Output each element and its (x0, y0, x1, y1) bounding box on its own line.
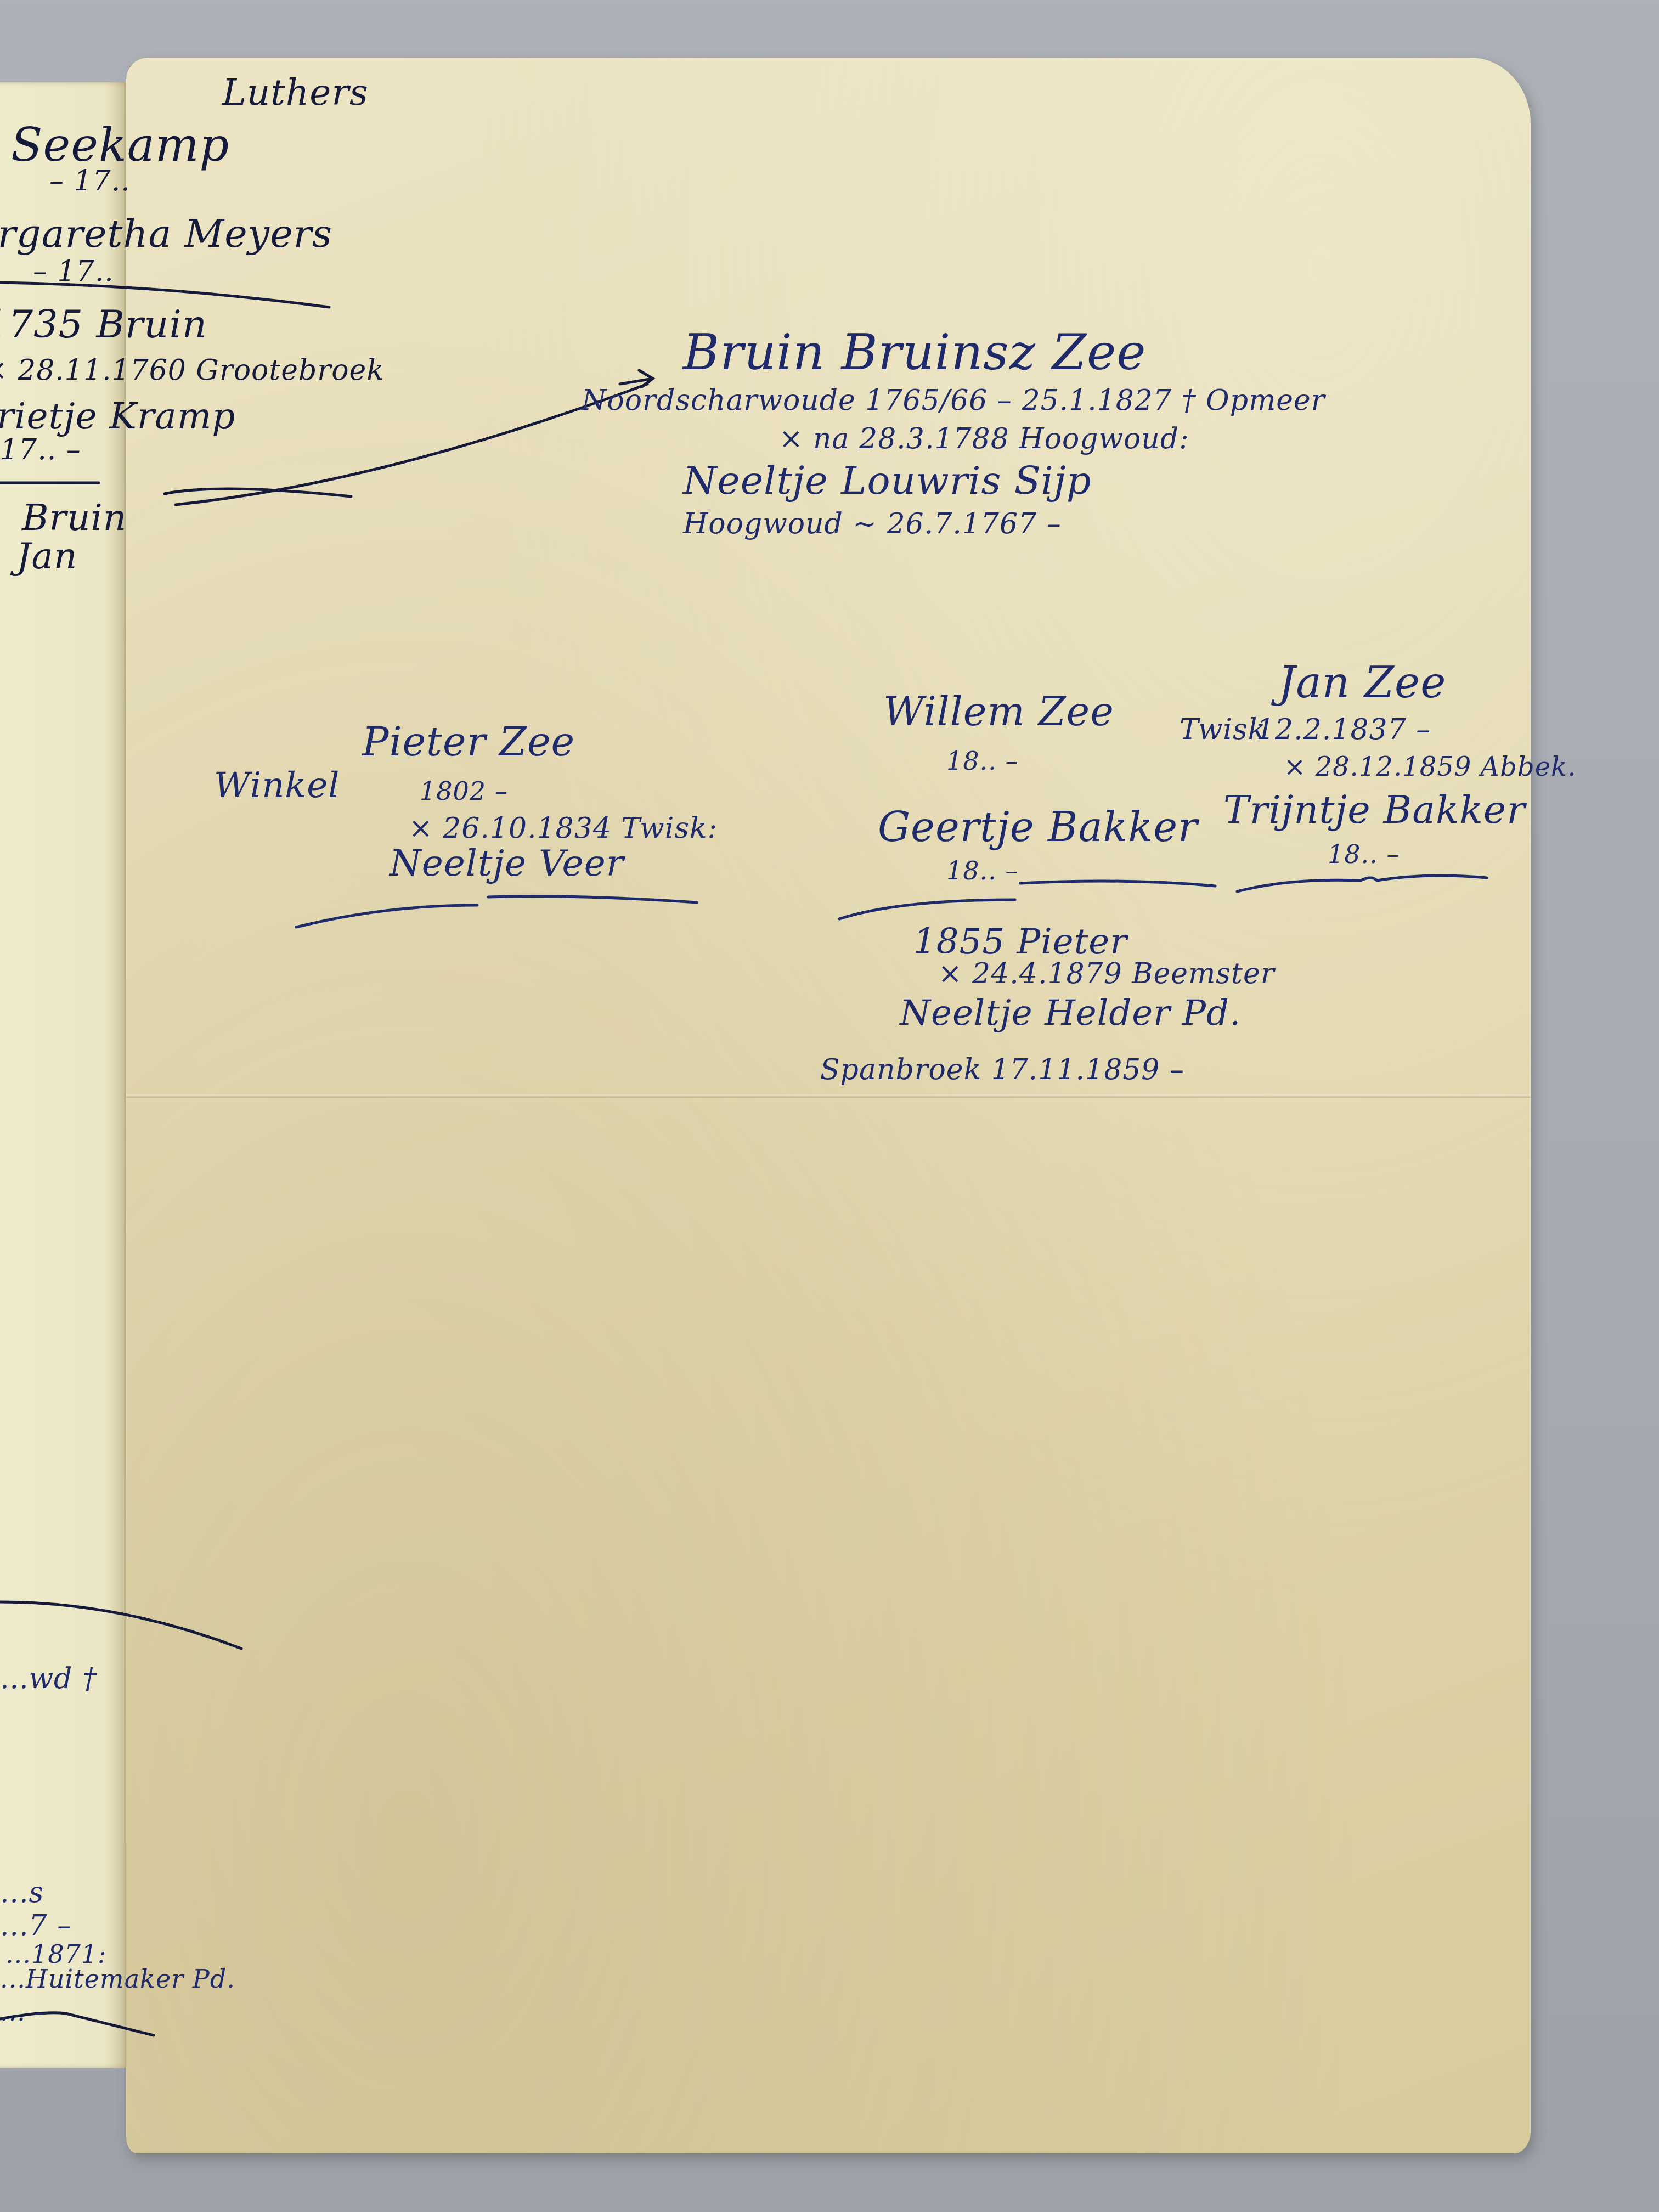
main-wife-name: Neeltje Louwris Sijp (683, 458, 1092, 503)
left-entry-dates: – 17.. (49, 165, 131, 198)
left-fragment: ... – (0, 1997, 48, 2027)
child-spouse: Neeltje Veer (390, 842, 624, 884)
left-fragment: ...Huitemaker Pd. (0, 1964, 235, 1994)
child-spouse: Trijntje Bakker (1223, 787, 1526, 832)
left-fragment: ...7 – (0, 1909, 72, 1942)
child-name: Willem Zee (883, 689, 1114, 735)
child-spouse-dates: 18.. – (946, 856, 1018, 885)
grandchild-name: 1855 Pieter (913, 922, 1127, 962)
child-place-label: Twisk (1180, 713, 1266, 746)
left-entry-name: 1735 Bruin (0, 302, 207, 347)
main-marriage: × na 28.3.1788 Hoogwoud: (779, 422, 1189, 455)
left-entry-dates: × 28.11.1760 Grootebroek (0, 354, 385, 387)
child-spouse-dates: 18.. – (1328, 839, 1400, 869)
main-husband-dates: Noordscharwoude 1765/66 – 25.1.1827 † Op… (582, 384, 1325, 417)
left-heading-luthers: Luthers (222, 71, 369, 114)
child-dates: 12.2.1837 – (1256, 713, 1431, 746)
left-entry-name: Seekamp (11, 118, 229, 172)
child-place-label: Winkel (214, 765, 340, 806)
child-marriage: × 26.10.1834 Twisk: (409, 812, 718, 845)
left-entry-name: Jan (16, 535, 77, 577)
left-fragment: ...s (0, 1876, 44, 1909)
child-spouse: Geertje Bakker (878, 804, 1198, 851)
left-entry-name: Grietje Kramp (0, 395, 236, 437)
grandchild-spouse: Neeltje Helder Pd. (900, 993, 1241, 1034)
left-entry-name: Bruin (22, 496, 127, 539)
left-entry-dates: 17.. – (0, 433, 81, 466)
grandchild-marriage: × 24.4.1879 Beemster (938, 957, 1275, 990)
main-husband-name: Bruin Bruinsz Zee (683, 324, 1147, 381)
child-name: Pieter Zee (362, 719, 575, 765)
child-marriage: × 28.12.1859 Abbek. (1284, 752, 1576, 782)
left-entry-name: Margaretha Meyers (0, 211, 332, 256)
left-fragment: ...wd † (0, 1662, 97, 1695)
child-name: Jan Zee (1278, 658, 1446, 708)
child-dates: 1802 – (420, 776, 508, 806)
left-entry-dates: – 17.. (33, 255, 114, 288)
child-dates: 18.. – (946, 746, 1018, 776)
main-wife-dates: Hoogwoud ~ 26.7.1767 – (683, 507, 1062, 540)
grandchild-spouse-dates: Spanbroek 17.11.1859 – (820, 1053, 1184, 1086)
